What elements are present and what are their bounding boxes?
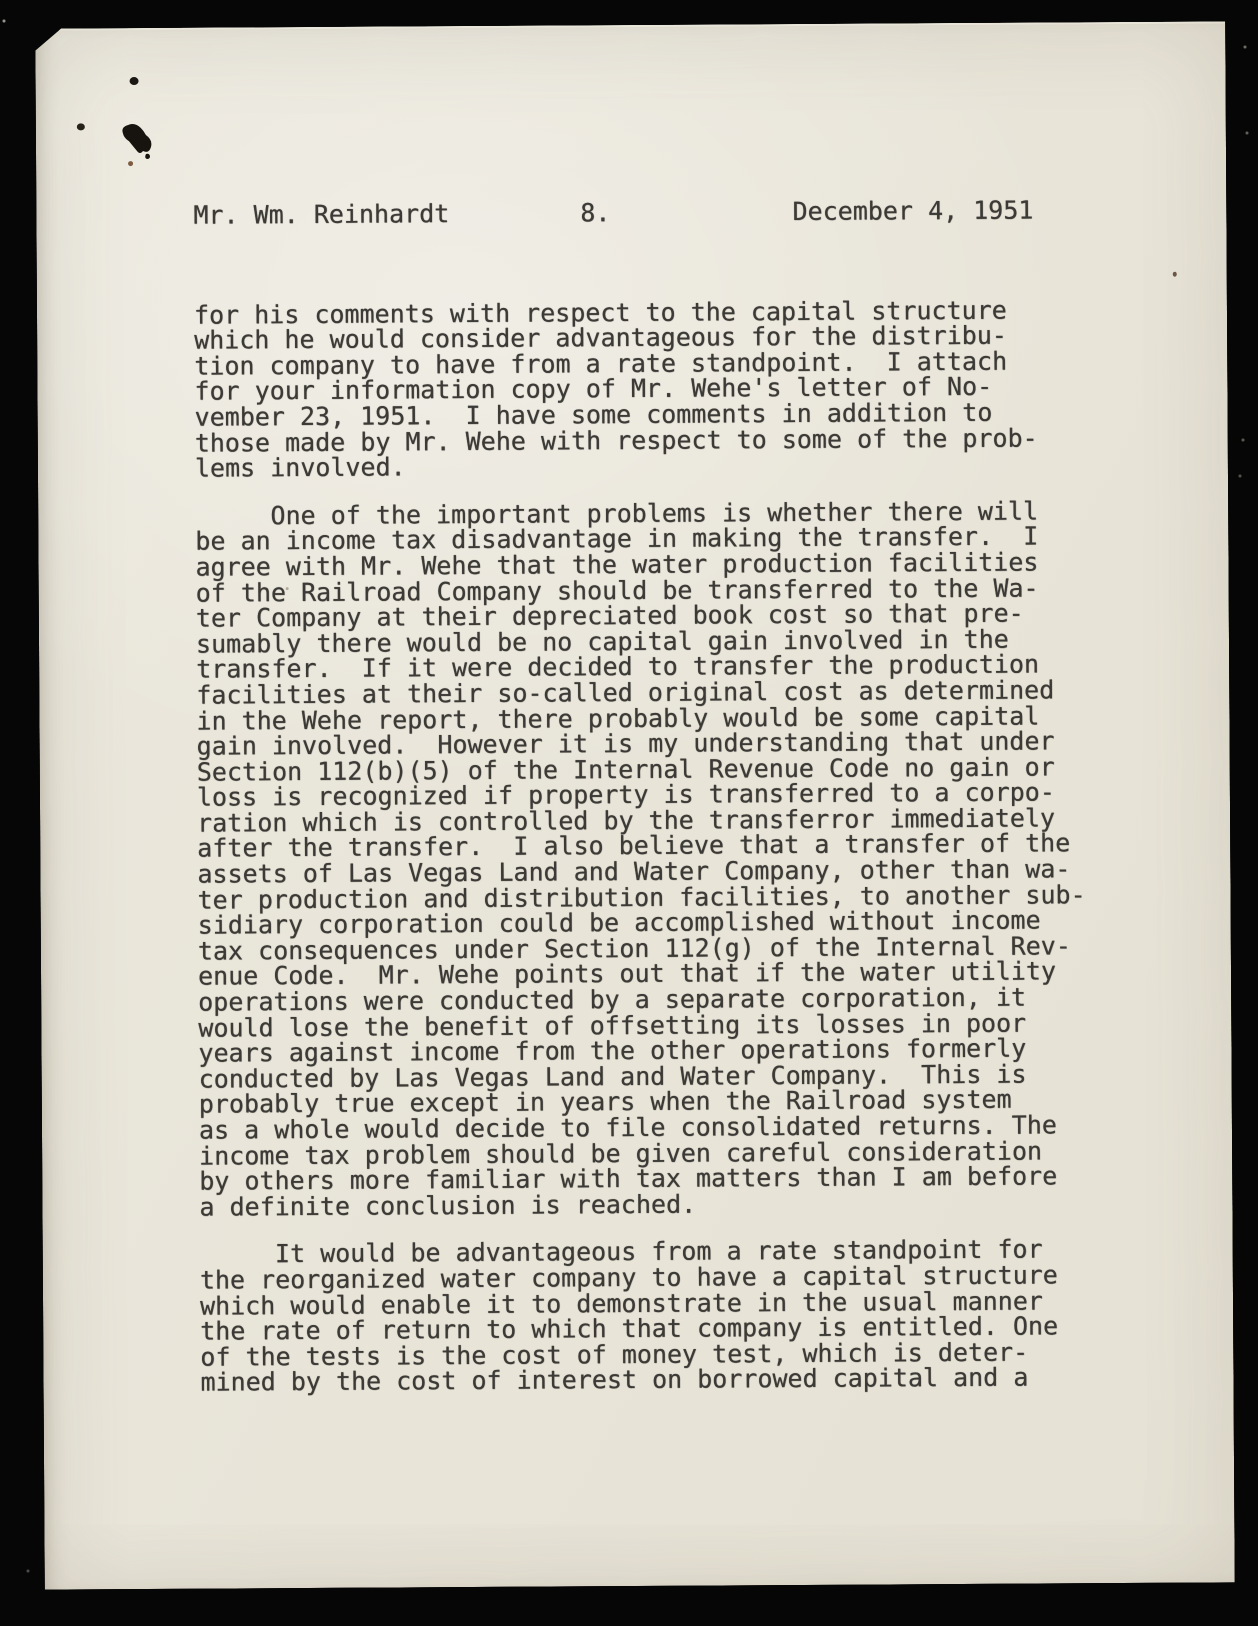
ink-blot: [120, 121, 160, 163]
letter-page: Mr. Wm. Reinhardt 8. December 4, 1951 fo…: [35, 21, 1235, 1589]
recipient-name: Mr. Wm. Reinhardt: [193, 200, 598, 228]
ink-speck: [77, 123, 85, 130]
paragraph-income-tax: One of the important problems is whether…: [195, 498, 1099, 1220]
paper-stain-speck: [1173, 272, 1177, 277]
scanned-document-view: Mr. Wm. Reinhardt 8. December 4, 1951 fo…: [0, 0, 1258, 1626]
typewritten-text: Mr. Wm. Reinhardt 8. December 4, 1951 fo…: [193, 197, 1100, 1395]
paragraph-rate-standpoint: It would be advantageous from a rate sta…: [200, 1237, 1101, 1396]
page-header: Mr. Wm. Reinhardt 8. December 4, 1951: [193, 198, 1033, 229]
page-number: 8.: [580, 200, 610, 226]
ink-speck: [130, 77, 139, 85]
letter-date: December 4, 1951: [628, 198, 1033, 226]
paragraph-capital-structure: for his comments with respect to the cap…: [194, 297, 1095, 482]
